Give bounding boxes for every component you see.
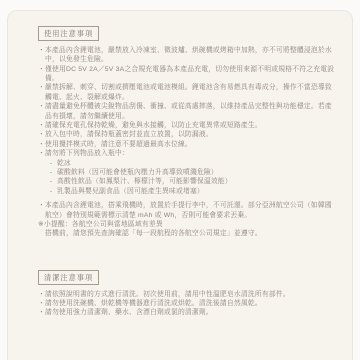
item-text: 嚴禁拆解、刺穿、切割或擠壓電池或電池模組。鋰電池含有易燃具有毒成分，操作不當恐導… [45, 84, 332, 100]
bullet-dot-icon: ・ [38, 299, 45, 308]
bullet-dot-icon: ・ [38, 65, 45, 74]
airline-note: ※小提醒：各航空公司與當地區域有差異 搭機前，請您預先查詢確認「每一段航程的各航… [38, 220, 336, 239]
dash-bullet-icon: - [50, 187, 52, 196]
item-text: 本產品內含鋰電池，嚴禁放入冷凍室、微波爐、烘碗機或烤箱中加熱，亦不可將整體浸泡於… [45, 47, 332, 63]
sub-item-text: 乾冰 [57, 160, 71, 167]
sub-list: -乾冰-碳酸飲料（因可能會使瓶內壓力升高導致噴濺危險）-高酸性飲品（如鳳梨汁、檸… [50, 159, 336, 197]
bullet-dot-icon: ・ [38, 140, 45, 149]
item-text: 使用攪拌模式時，請注意不要超過最高水位線。 [45, 141, 192, 148]
dash-bullet-icon: - [50, 168, 52, 177]
bullet-dot-icon: ・ [38, 130, 45, 139]
item-text: 請盡量避免杯體被尖銳物品刮傷、衝撞、或從高處摔落，以維持產品完整性與功能穩定。若… [45, 103, 332, 119]
cleaning-list: ・請依照說明書的方式進行清洗。初次使用前，請用中性溫肥皂水清洗所有部件。・請勿使… [38, 290, 336, 318]
item-text: 請勿使用洗碗機、烘乾機等機器進行清洗或烘乾。清洗後請自然風乾。 [45, 300, 262, 307]
sub-list-item: -乾冰 [50, 159, 336, 168]
bullet-dot-icon: ・ [38, 201, 45, 210]
usage-section-title: 使用注意事項 [38, 26, 99, 41]
list-item: ・放入包中時，請保持瓶蓋密封並直立放置，以防漏液。 [38, 130, 336, 139]
item-text: 請勿使用強力清潔劑、藥水、含漂白劑或氯的清潔劑。 [45, 309, 213, 316]
item-text: 僅使用DC 5V 2A／5V 3A之合規充電器為本產品充電，切勿使用來源不明或規… [45, 66, 334, 82]
usage-section: 使用注意事項 ・本產品內含鋰電池，嚴禁放入冷凍室、微波爐、烘碗機或烤箱中加熱，亦… [38, 26, 336, 239]
list-item: ・僅使用DC 5V 2A／5V 3A之合規充電器為本產品充電，切勿使用來源不明或… [38, 65, 336, 84]
sub-item-text: 碳酸飲料（因可能會使瓶內壓力升高導致噴濺危險） [57, 169, 218, 176]
list-item: ・嚴禁拆解、刺穿、切割或擠壓電池或電池模組。鋰電池含有易燃具有毒成分，操作不當恐… [38, 83, 336, 102]
item-text: 請確保充電孔保持乾燥，避免與水接觸，以防止充電異常或短路產生。 [45, 122, 262, 129]
bullet-dot-icon: ・ [38, 290, 45, 299]
list-item: ・本產品內含鋰電池，搭乘飛機時，放置於手提行李中，不可託運。部分亞洲航空公司（如… [38, 201, 336, 220]
sub-list-item: -碳酸飲料（因可能會使瓶內壓力升高導致噴濺危險） [50, 168, 336, 177]
list-item: ・使用攪拌模式時，請注意不要超過最高水位線。 [38, 140, 336, 149]
usage-list: ・本產品內含鋰電池，嚴禁放入冷凍室、微波爐、烘碗機或烤箱中加熱，亦不可將整體浸泡… [38, 46, 336, 220]
item-text: 本產品內含鋰電池，搭乘飛機時，放置於手提行李中，不可託運。部分亞洲航空公司（如韓… [45, 202, 332, 218]
cleaning-section-title: 清潔注意事項 [38, 270, 99, 285]
usage-section-header: 使用注意事項 [38, 26, 336, 41]
item-text: 請依照說明書的方式進行清洗。初次使用前，請用中性溫肥皂水清洗所有部件。 [45, 291, 290, 298]
list-item: ・請依照說明書的方式進行清洗。初次使用前，請用中性溫肥皂水清洗所有部件。 [38, 290, 336, 299]
bullet-dot-icon: ・ [38, 308, 45, 317]
airline-note-line2: 搭機前，請您預先查詢確認「每一段航程的各航空公司規定」並遵守。 [38, 229, 336, 238]
sub-list-item: -高酸性飲品（如鳳梨汁、檸檬汁等，可能影響保溫效能） [50, 177, 336, 186]
bullet-dot-icon: ・ [38, 121, 45, 130]
airline-note-line1: ※小提醒：各航空公司與當地區域有差異 [38, 220, 336, 229]
dash-bullet-icon: - [50, 177, 52, 186]
list-item: ・請盡量避免杯體被尖銳物品刮傷、衝撞、或從高處摔落，以維持產品完整性與功能穩定。… [38, 102, 336, 121]
cleaning-section: 清潔注意事項 ・請依照說明書的方式進行清洗。初次使用前，請用中性溫肥皂水清洗所有… [38, 270, 336, 318]
list-item: ・請確保充電孔保持乾燥，避免與水接觸，以防止充電異常或短路產生。 [38, 121, 336, 130]
manual-content: 使用注意事項 ・本產品內含鋰電池，嚴禁放入冷凍室、微波爐、烘碗機或烤箱中加熱，亦… [0, 0, 360, 318]
item-text: 請勿將下列物品放入瓶中： [45, 150, 129, 157]
sub-list-item: -乳製品與嬰兒副食品（因可能產生異味或堵塞） [50, 187, 336, 196]
bullet-dot-icon: ・ [38, 102, 45, 111]
dash-bullet-icon: - [50, 159, 52, 168]
list-item: ・本產品內含鋰電池，嚴禁放入冷凍室、微波爐、烘碗機或烤箱中加熱，亦不可將整體浸泡… [38, 46, 336, 65]
bullet-dot-icon: ・ [38, 46, 45, 55]
cleaning-section-header: 清潔注意事項 [38, 270, 336, 285]
list-item: ・請勿使用強力清潔劑、藥水、含漂白劑或氯的清潔劑。 [38, 308, 336, 317]
list-item: ・請勿使用洗碗機、烘乾機等機器進行清洗或烘乾。清洗後請自然風乾。 [38, 299, 336, 308]
list-item: ・請勿將下列物品放入瓶中：-乾冰-碳酸飲料（因可能會使瓶內壓力升高導致噴濺危險）… [38, 149, 336, 196]
bullet-dot-icon: ・ [38, 83, 45, 92]
item-text: 放入包中時，請保持瓶蓋密封並直立放置，以防漏液。 [45, 131, 213, 138]
sub-item-text: 乳製品與嬰兒副食品（因可能產生異味或堵塞） [57, 188, 204, 195]
bullet-dot-icon: ・ [38, 149, 45, 158]
sub-item-text: 高酸性飲品（如鳳梨汁、檸檬汁等，可能影響保溫效能） [57, 178, 232, 185]
